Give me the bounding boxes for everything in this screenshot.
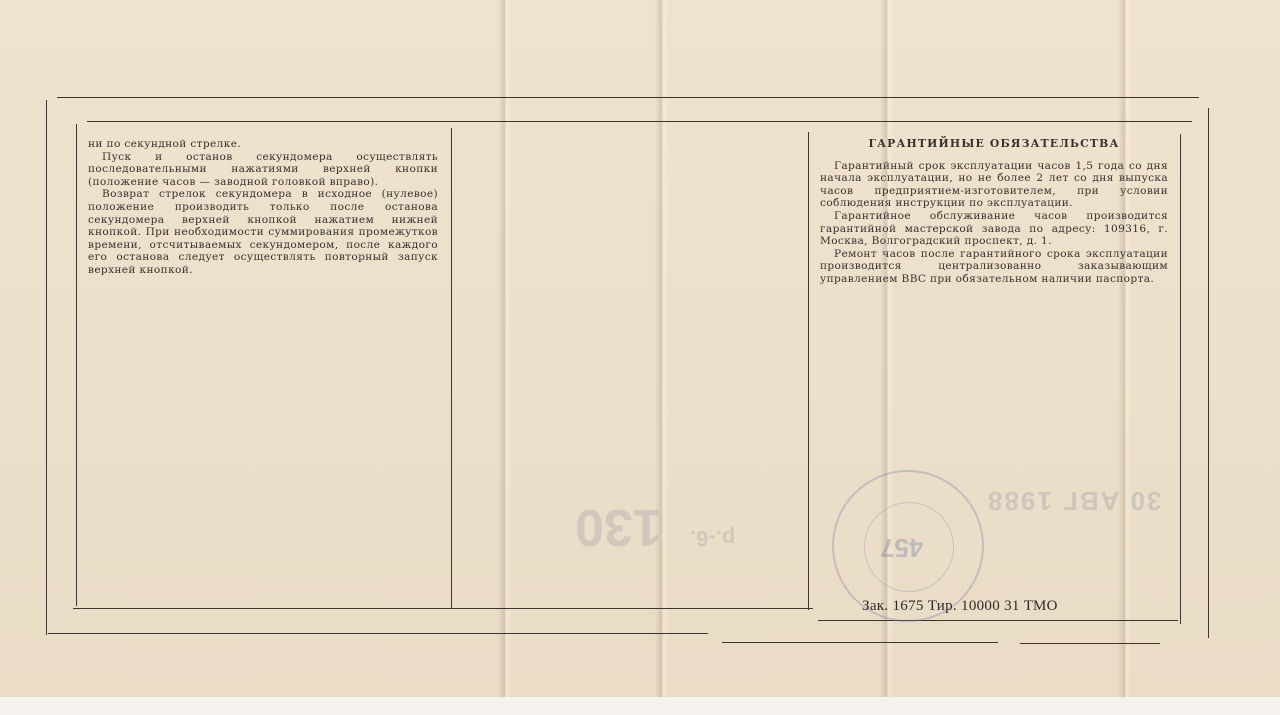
price-suffix-stamp: р.-6.: [690, 525, 735, 551]
paragraph: ни по секундной стрелке.: [88, 138, 438, 151]
paragraph: Пуск и останов секундомера осуществлять …: [88, 151, 438, 189]
date-stamp: 30 АВГ 1988: [986, 485, 1162, 516]
document-page: 130 р.-6. 457 30 АВГ 1988 ни по секундно…: [0, 0, 1280, 697]
paper-fold: [1118, 0, 1132, 697]
warranty-section: ГАРАНТИЙНЫЕ ОБЯЗАТЕЛЬСТВА Гарантийный ср…: [820, 138, 1168, 286]
print-info-footer: Зак. 1675 Тир. 10000 31 ТМО: [862, 598, 1058, 615]
outer-frame-left: [46, 100, 47, 635]
inner-frame-top: [87, 121, 1192, 122]
outer-frame-bottom: [1020, 643, 1160, 644]
outer-frame-right: [1208, 108, 1209, 638]
inner-frame-bottom: [818, 620, 1178, 621]
outer-frame-bottom: [722, 642, 998, 643]
paragraph: Возврат стрелок секундомера в исходное (…: [88, 188, 438, 276]
column-divider: [808, 132, 809, 610]
paper-fold: [498, 0, 512, 697]
outer-frame-top: [57, 97, 1199, 98]
price-stamp: 130: [575, 497, 662, 557]
warranty-heading: ГАРАНТИЙНЫЕ ОБЯЗАТЕЛЬСТВА: [820, 138, 1168, 151]
inner-frame-right: [1180, 134, 1181, 624]
paragraph: Гарантийный срок эксплуатации часов 1,5 …: [820, 160, 1168, 210]
paragraph: Ремонт часов после гарантийного срока эк…: [820, 248, 1168, 286]
round-stamp-number: 457: [880, 532, 923, 563]
inner-frame-left: [76, 124, 77, 606]
outer-frame-bottom: [48, 633, 708, 634]
paragraph: Гарантийное обслуживание часов производи…: [820, 210, 1168, 248]
stopwatch-instructions: ни по секундной стрелке. Пуск и останов …: [88, 138, 438, 277]
paper-fold: [655, 0, 669, 697]
column-divider: [451, 128, 452, 608]
inner-frame-bottom: [73, 608, 813, 609]
